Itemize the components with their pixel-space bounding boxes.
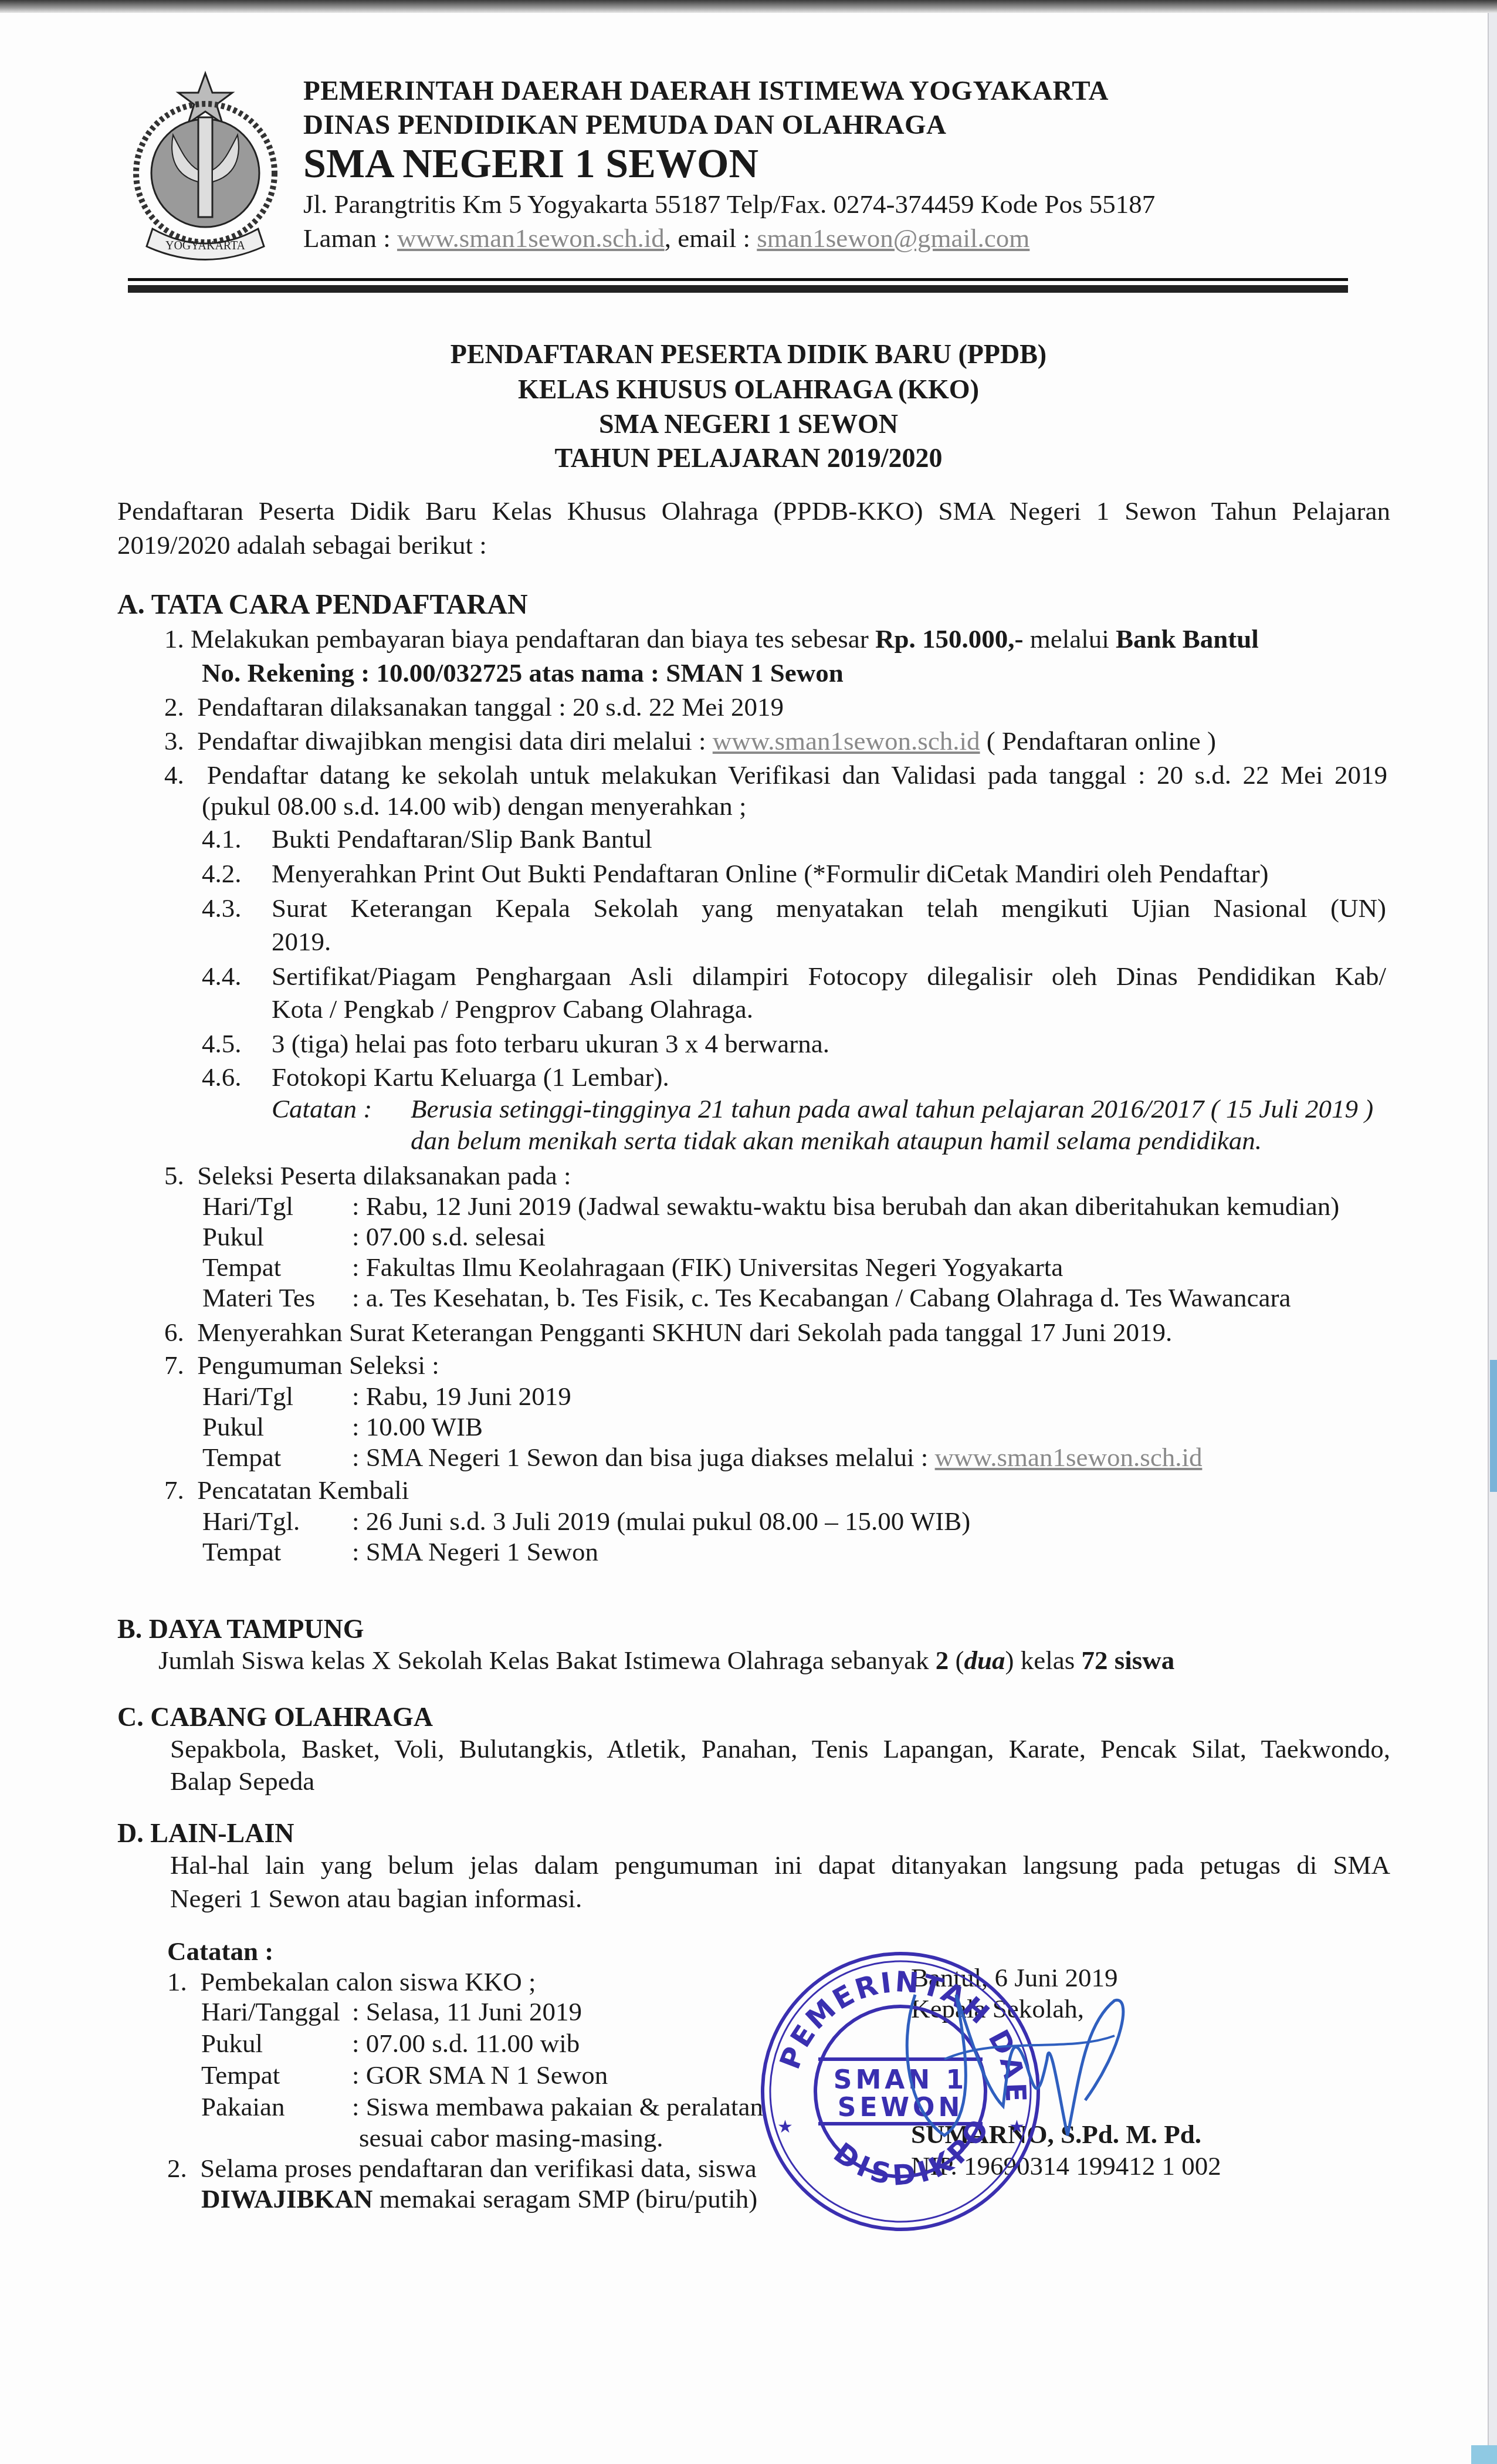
detail-label: Pukul bbox=[202, 1412, 264, 1442]
section-a-heading: A. TATA CARA PENDAFTARAN bbox=[117, 588, 528, 621]
detail-label: Tempat bbox=[202, 1536, 281, 1567]
fee-amount: Rp. 150.000,- bbox=[875, 624, 1024, 654]
scan-blue-tab bbox=[1490, 1360, 1497, 1492]
notes-item1: 1. Pembekalan calon siswa KKO ; bbox=[167, 1967, 536, 1997]
letterhead-department: DINAS PENDIDIKAN PEMUDA DAN OLAHRAGA bbox=[303, 109, 946, 141]
detail-value: : a. Tes Kesehatan, b. Tes Fisik, c. Tes… bbox=[352, 1282, 1291, 1313]
signature-scribble-icon bbox=[892, 1959, 1138, 2147]
detail-value: : GOR SMA N 1 Sewon bbox=[352, 2060, 608, 2090]
subitem-text: Sertifikat/Piagam Penghargaan Asli dilam… bbox=[272, 961, 1386, 991]
svg-text:YOGYAKARTA: YOGYAKARTA bbox=[165, 239, 246, 252]
result-link[interactable]: www.sman1sewon.sch.id bbox=[935, 1443, 1203, 1472]
letterhead-school-name: SMA NEGERI 1 SEWON bbox=[303, 141, 758, 188]
item-number: 3. bbox=[164, 726, 184, 756]
subitem-number: 4.2. bbox=[202, 858, 242, 889]
doc-title-line4: TAHUN PELAJARAN 2019/2020 bbox=[0, 442, 1497, 473]
subitem-number: 4.6. bbox=[202, 1062, 242, 1092]
a-item4-line1: 4. Pendaftar datang ke sekolah untuk mel… bbox=[164, 760, 1387, 790]
item-text: Pencatatan Kembali bbox=[197, 1475, 409, 1505]
sports-list-line2: Balap Sepeda bbox=[170, 1766, 314, 1796]
section-b-text: Jumlah Siswa kelas X Sekolah Kelas Bakat… bbox=[158, 1645, 1174, 1676]
item-number: 5. bbox=[164, 1161, 184, 1190]
item-number: 7. bbox=[164, 1351, 184, 1380]
subitem-number: 4.4. bbox=[202, 961, 242, 991]
detail-value: : Selasa, 11 Juni 2019 bbox=[352, 1996, 582, 2027]
a-item6: 6. Menyerahkan Surat Keterangan Penggant… bbox=[164, 1317, 1172, 1348]
section-d-line2: Negeri 1 Sewon atau bagian informasi. bbox=[170, 1883, 582, 1914]
section-d-heading: D. LAIN-LAIN bbox=[117, 1817, 294, 1849]
item-number: 2. bbox=[164, 692, 184, 722]
a-note-line2: dan belum menikah serta tidak akan menik… bbox=[411, 1125, 1262, 1156]
a-item7: 7. Pengumuman Seleksi : bbox=[164, 1350, 439, 1380]
detail-label: Pakaian bbox=[201, 2091, 285, 2122]
a-item2: 2. Pendaftaran dilaksanakan tanggal : 20… bbox=[164, 692, 784, 722]
detail-value: : 10.00 WIB bbox=[352, 1412, 483, 1442]
a-item8: 7. Pencatatan Kembali bbox=[164, 1475, 409, 1505]
item-text: Pendaftaran dilaksanakan tanggal : 20 s.… bbox=[197, 692, 784, 722]
intro-line2: 2019/2020 adalah sebagai berikut : bbox=[117, 530, 487, 560]
a-item4-line2: (pukul 08.00 s.d. 14.00 wib) dengan meny… bbox=[202, 791, 747, 821]
item-text: Seleksi Peserta dilaksanakan pada : bbox=[197, 1161, 571, 1190]
item-text: Menyerahkan Surat Keterangan Pengganti S… bbox=[197, 1318, 1172, 1347]
letterhead-contact: Laman : www.sman1sewon.sch.id, email : s… bbox=[303, 223, 1029, 253]
subitem-text: Menyerahkan Print Out Bukti Pendaftaran … bbox=[272, 858, 1269, 889]
section-d-line1: Hal-hal lain yang belum jelas dalam peng… bbox=[170, 1850, 1390, 1880]
letterhead-government: PEMERINTAH DAERAH DAERAH ISTIMEWA YOGYAK… bbox=[303, 75, 1109, 107]
item-text: Selama proses pendaftaran dan verifikasi… bbox=[200, 2154, 756, 2183]
doc-title-line1: PENDAFTARAN PESERTA DIDIK BARU (PPDB) bbox=[0, 339, 1497, 370]
a-item5: 5. Seleksi Peserta dilaksanakan pada : bbox=[164, 1160, 571, 1191]
subitem-text: Bukti Pendaftaran/Slip Bank Bantul bbox=[272, 824, 652, 854]
item-text: Pendaftar diwajibkan mengisi data diri m… bbox=[197, 726, 713, 756]
item-number: 1. bbox=[164, 624, 184, 654]
item-text: Pembekalan calon siswa KKO ; bbox=[200, 1967, 536, 1996]
intro-line1: Pendaftaran Peserta Didik Baru Kelas Khu… bbox=[117, 496, 1390, 526]
letterhead-address: Jl. Parangtritis Km 5 Yogyakarta 55187 T… bbox=[303, 189, 1155, 219]
detail-label: Hari/Tgl. bbox=[202, 1506, 300, 1536]
subitem-number: 4.5. bbox=[202, 1028, 242, 1059]
a-item3: 3. Pendaftar diwajibkan mengisi data dir… bbox=[164, 726, 1216, 756]
detail-label: Materi Tes bbox=[202, 1282, 315, 1313]
subitem-text: 2019. bbox=[272, 926, 331, 957]
svg-text:★: ★ bbox=[777, 2117, 793, 2137]
subitem-text: Surat Keterangan Kepala Sekolah yang men… bbox=[272, 893, 1386, 923]
item-text: memakai seragam SMP (biru/putih) bbox=[373, 2184, 758, 2213]
bank-name: Bank Bantul bbox=[1116, 624, 1259, 654]
section-c-heading: C. CABANG OLAHRAGA bbox=[117, 1701, 433, 1732]
detail-value: : SMA Negeri 1 Sewon dan bisa juga diaks… bbox=[352, 1442, 1202, 1473]
sports-list-line1: Sepakbola, Basket, Voli, Bulutangkis, At… bbox=[170, 1734, 1390, 1764]
doc-title-line3: SMA NEGERI 1 SEWON bbox=[0, 408, 1497, 439]
web-label: Laman : bbox=[303, 224, 397, 253]
detail-value: : Rabu, 19 Juni 2019 bbox=[352, 1381, 571, 1412]
capacity-text: Jumlah Siswa kelas X Sekolah Kelas Bakat… bbox=[158, 1646, 936, 1675]
doc-title-line2: KELAS KHUSUS OLAHRAGA (KKO) bbox=[0, 374, 1497, 405]
detail-label: Hari/Tgl bbox=[202, 1381, 293, 1412]
a-note-line1: Berusia setinggi-tingginya 21 tahun pada… bbox=[411, 1094, 1373, 1124]
detail-label: Hari/Tanggal bbox=[201, 1996, 340, 2027]
detail-value: : Fakultas Ilmu Keolahragaan (FIK) Unive… bbox=[352, 1252, 1063, 1282]
uniform-requirement: DIWAJIBKAN bbox=[201, 2184, 373, 2213]
scan-top-edge bbox=[0, 0, 1497, 13]
detail-value: : SMA Negeri 1 Sewon bbox=[352, 1536, 598, 1567]
detail-label: Tempat bbox=[201, 2060, 280, 2090]
subitem-number: 4.1. bbox=[202, 824, 242, 854]
item-number: 7. bbox=[164, 1475, 184, 1505]
item-text: melalui bbox=[1023, 624, 1115, 654]
detail-label: Pukul bbox=[201, 2028, 263, 2059]
detail-value: : 26 Juni s.d. 3 Juli 2019 (mulai pukul … bbox=[352, 1506, 970, 1536]
subitem-text: Fotokopi Kartu Keluarga (1 Lembar). bbox=[272, 1062, 669, 1092]
detail-label: Hari/Tgl bbox=[202, 1191, 293, 1221]
class-count-word: dua bbox=[964, 1646, 1005, 1675]
notes-item2-line1: 2. Selama proses pendaftaran dan verifik… bbox=[167, 2153, 757, 2184]
subitem-text: Kota / Pengkab / Pengprov Cabang Olahrag… bbox=[272, 994, 753, 1024]
email-link[interactable]: sman1sewon@gmail.com bbox=[757, 224, 1029, 253]
detail-label: Tempat bbox=[202, 1442, 281, 1473]
item-text: Pendaftar datang ke sekolah untuk melaku… bbox=[207, 760, 1387, 790]
a-item1-line1: 1. Melakukan pembayaran biaya pendaftara… bbox=[164, 624, 1259, 654]
detail-label: Tempat bbox=[202, 1252, 281, 1282]
capacity-text: kelas bbox=[1014, 1646, 1081, 1675]
student-capacity: 72 siswa bbox=[1081, 1646, 1174, 1675]
detail-text: : SMA Negeri 1 Sewon dan bisa juga diaks… bbox=[352, 1443, 935, 1472]
section-b-heading: B. DAYA TAMPUNG bbox=[117, 1613, 364, 1644]
notes-heading: Catatan : bbox=[167, 1936, 273, 1967]
item-number: 2. bbox=[167, 2154, 187, 2183]
scan-blue-corner bbox=[1471, 2445, 1497, 2464]
item-number: 1. bbox=[167, 1967, 187, 1996]
detail-value: : 07.00 s.d. selesai bbox=[352, 1221, 546, 1252]
yogyakarta-coat-of-arms-icon: YOGYAKARTA bbox=[117, 70, 293, 264]
item-text: Melakukan pembayaran biaya pendaftaran d… bbox=[191, 624, 875, 654]
notes-item2-line2: DIWAJIBKAN memakai seragam SMP (biru/put… bbox=[201, 2184, 757, 2214]
email-label: , email : bbox=[665, 224, 757, 253]
letterhead-rule-thick bbox=[128, 285, 1348, 293]
letterhead-rule-thin bbox=[128, 278, 1348, 281]
item-number: 6. bbox=[164, 1318, 184, 1347]
detail-value: : 07.00 s.d. 11.00 wib bbox=[352, 2028, 580, 2059]
class-count: 2 bbox=[936, 1646, 949, 1675]
website-link[interactable]: www.sman1sewon.sch.id bbox=[397, 224, 665, 253]
registration-link[interactable]: www.sman1sewon.sch.id bbox=[713, 726, 980, 756]
detail-value: : Siswa membawa pakaian & peralatan bbox=[352, 2091, 763, 2122]
account-number: No. Rekening : 10.00/032725 atas nama : … bbox=[202, 658, 844, 688]
subitem-number: 4.3. bbox=[202, 893, 242, 923]
subitem-text: 3 (tiga) helai pas foto terbaru ukuran 3… bbox=[272, 1028, 829, 1059]
detail-label: Pukul bbox=[202, 1221, 264, 1252]
detail-value: : Rabu, 12 Juni 2019 (Jadwal sewaktu-wak… bbox=[352, 1191, 1339, 1221]
item-number: 4. bbox=[164, 760, 184, 790]
item-text: Pengumuman Seleksi : bbox=[197, 1351, 439, 1380]
a-note-label: Catatan : bbox=[272, 1094, 372, 1124]
notes-item1-continuation: sesuai cabor masing-masing. bbox=[359, 2123, 663, 2153]
item-text: ( Pendaftaran online ) bbox=[980, 726, 1216, 756]
